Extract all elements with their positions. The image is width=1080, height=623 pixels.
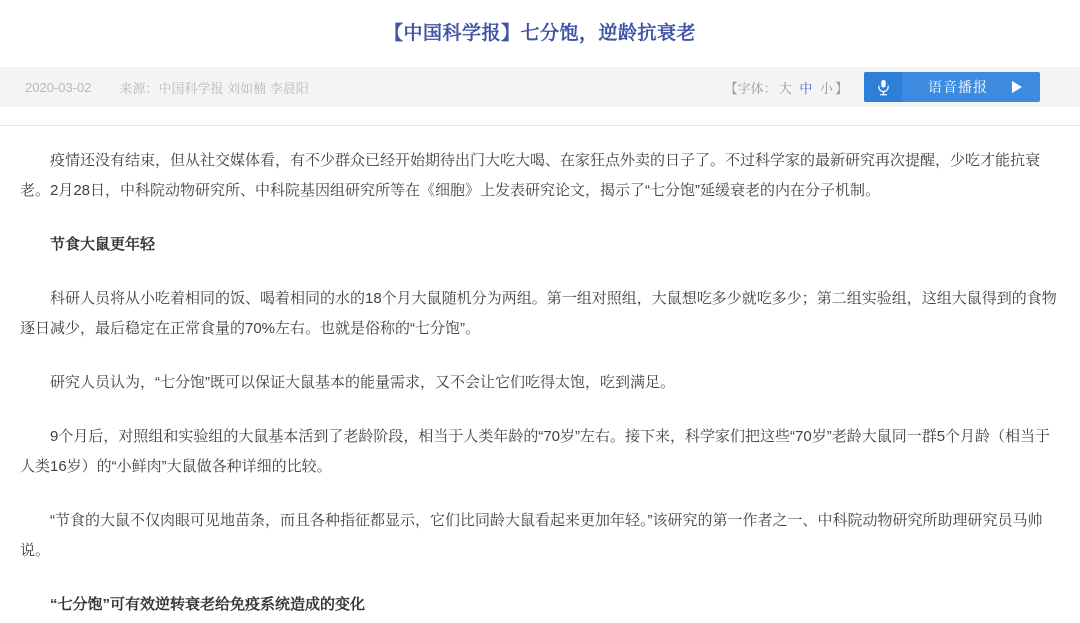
voice-broadcast-label: 语音播报	[902, 77, 1012, 97]
paragraph: 疫情还没有结束，但从社交媒体看，有不少群众已经开始期待出门大吃大喝、在家狂点外卖…	[20, 146, 1060, 206]
font-size-small[interactable]: 小	[820, 81, 833, 96]
font-size-large[interactable]: 大	[779, 81, 792, 96]
paragraph: 科研人员将从小吃着相同的饭、喝着相同的水的18个月大鼠随机分为两组。第一组对照组…	[20, 284, 1060, 344]
section-subheading: “七分饱”可有效逆转衰老给免疫系统造成的变化	[20, 590, 1060, 620]
font-control-suffix: 】	[835, 81, 848, 96]
source-label: 来源：	[120, 78, 159, 97]
page-title: 【中国科学报】七分饱，逆龄抗衰老	[0, 0, 1080, 45]
meta-actions: 【字体：大 中 小】 语音播报	[725, 72, 1040, 102]
paragraph: 研究人员认为，“七分饱”既可以保证大鼠基本的能量需求，又不会让它们吃得太饱，吃到…	[20, 368, 1060, 398]
paragraph: “节食的大鼠不仅肉眼可见地苗条，而且各种指征都显示，它们比同龄大鼠看起来更加年轻…	[20, 506, 1060, 566]
paragraph: 9个月后，对照组和实验组的大鼠基本活到了老龄阶段，相当于人类年龄的“70岁”左右…	[20, 422, 1060, 482]
font-size-medium[interactable]: 中	[799, 81, 812, 96]
meta-info: 2020-03-02 来源： 中国科学报 刘如楠 李晨阳	[25, 78, 309, 97]
font-size-control: 【字体：大 中 小】	[725, 78, 848, 97]
voice-broadcast-button[interactable]: 语音播报	[864, 72, 1040, 102]
publish-date: 2020-03-02	[25, 80, 92, 95]
microphone-icon	[864, 72, 902, 102]
section-subheading: 节食大鼠更年轻	[20, 230, 1060, 260]
source-value: 中国科学报 刘如楠 李晨阳	[159, 78, 309, 97]
article-body: 疫情还没有结束，但从社交媒体看，有不少群众已经开始期待出门大吃大喝、在家狂点外卖…	[0, 126, 1080, 620]
play-icon	[1012, 81, 1040, 93]
font-control-prefix: 【字体：	[725, 81, 777, 96]
meta-bar: 2020-03-02 来源： 中国科学报 刘如楠 李晨阳 【字体：大 中 小】 …	[0, 67, 1080, 107]
